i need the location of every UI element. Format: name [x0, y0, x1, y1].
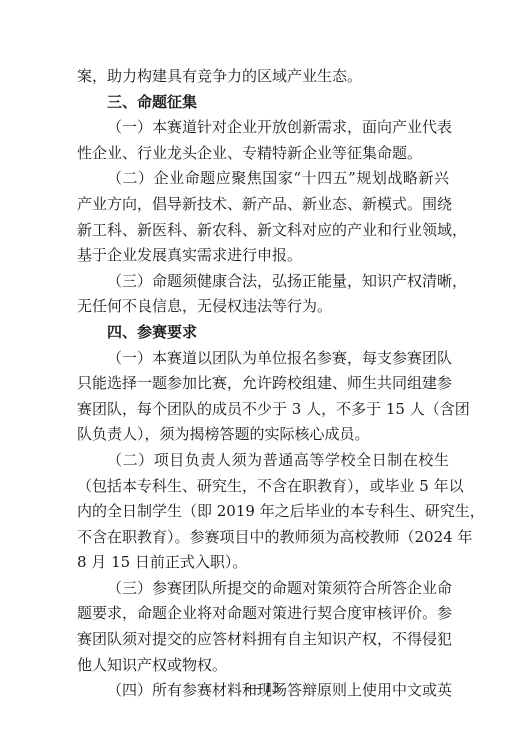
- paragraph-line: 不含在职教育）。参赛项目中的教师须为高校教师（2024 年: [77, 525, 449, 551]
- paragraph-line: 性企业、行业龙头企业、专精特新企业等征集命题。: [77, 141, 449, 167]
- paragraph-line: （一）本赛道针对企业开放创新需求，面向产业代表: [77, 115, 449, 141]
- paragraph-line: 案，助力构建具有竞争力的区域产业生态。: [77, 64, 449, 90]
- paragraph-line: （三）参赛团队所提交的命题对策须符合所答企业命: [77, 576, 449, 602]
- paragraph-line: 只能选择一题参加比赛，允许跨校组建、师生共同组建参: [77, 371, 449, 397]
- page-number: — 13: [0, 680, 525, 697]
- paragraph-line: （一）本赛道以团队为单位报名参赛，每支参赛团队: [77, 346, 449, 372]
- paragraph-line: 题要求，命题企业将对命题对策进行契合度审核评价。参: [77, 601, 449, 627]
- section-heading-4: 四、参赛要求: [77, 320, 449, 346]
- paragraph-line: 新工科、新医科、新农科、新文科对应的产业和行业领域，: [77, 218, 449, 244]
- paragraph-line: 内的全日制学生（即 2019 年之后毕业的本专科生、研究生，: [77, 499, 449, 525]
- document-page: 案，助力构建具有竞争力的区域产业生态。 三、命题征集 （一）本赛道针对企业开放创…: [0, 0, 525, 745]
- paragraph-line: （包括本专科生、研究生，不含在职教育），或毕业 5 年以: [77, 474, 449, 500]
- paragraph-line: 产业方向，倡导新技术、新产品、新业态、新模式。围绕: [77, 192, 449, 218]
- paragraph-line: 8 月 15 日前正式入职）。: [77, 550, 449, 576]
- paragraph-line: 赛团队须对提交的应答材料拥有自主知识产权，不得侵犯: [77, 627, 449, 653]
- paragraph-line: （二）项目负责人须为普通高等学校全日制在校生: [77, 448, 449, 474]
- paragraph-line: 赛团队，每个团队的成员不少于 3 人，不多于 15 人（含团: [77, 397, 449, 423]
- body-text: 案，助力构建具有竞争力的区域产业生态。 三、命题征集 （一）本赛道针对企业开放创…: [77, 64, 449, 704]
- paragraph-line: 他人知识产权或物权。: [77, 653, 449, 679]
- paragraph-line: （三）命题须健康合法，弘扬正能量，知识产权清晰，: [77, 269, 449, 295]
- section-heading-3: 三、命题征集: [77, 90, 449, 116]
- paragraph-line: （二）企业命题应聚焦国家“十四五”规划战略新兴: [77, 166, 449, 192]
- paragraph-line: 队负责人），须为揭榜答题的实际核心成员。: [77, 422, 449, 448]
- paragraph-line: 基于企业发展真实需求进行申报。: [77, 243, 449, 269]
- paragraph-line: 无任何不良信息，无侵权违法等行为。: [77, 294, 449, 320]
